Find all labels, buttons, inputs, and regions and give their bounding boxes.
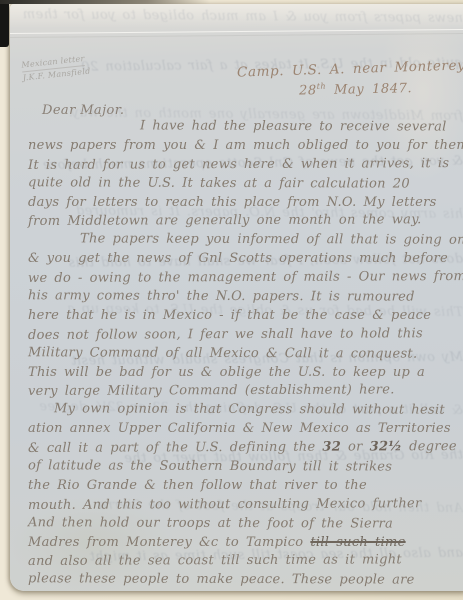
date-day: 28 <box>299 83 317 98</box>
handwritten-text: ation annex Upper California & New Mexic… <box>28 421 451 436</box>
letter-heading-place: Camp. U.S. A. near Monterey <box>237 57 463 80</box>
letter-body: I have had the pleasure to receive sever… <box>28 118 463 590</box>
handwritten-text: My own opinion is that Congress should w… <box>54 402 445 418</box>
handwritten-text: mouth. And this too without consulting M… <box>28 496 422 513</box>
letter-salutation: Dear Major. <box>42 103 124 118</box>
handwritten-text: news papers from you & I am much obliged… <box>28 138 463 153</box>
letter-line: very large Military Command (establishme… <box>28 382 463 403</box>
letter-line: mouth. And this too without consulting M… <box>28 495 463 516</box>
handwritten-text: please these people to make peace. These… <box>28 572 415 588</box>
handwritten-text: Madres from Monterey &c to Tampico <box>28 535 310 550</box>
handwritten-text: of latitude as the Southern Boundary til… <box>28 458 392 474</box>
handwritten-text: here that he is in Mexico - if that be t… <box>28 308 431 323</box>
letter-line: please these people to make peace. These… <box>28 571 463 591</box>
letter-line: we do - owing to the management of mails… <box>28 268 463 289</box>
handwritten-text: very large Military Command (establishme… <box>28 383 395 400</box>
handwritten-text: degree <box>402 439 457 454</box>
handwritten-text: his army comes thro' the N.O. papers. It… <box>28 288 415 304</box>
letter-line: here that he is in Mexico - if that be t… <box>28 307 463 326</box>
letter-line: of latitude as the Southern Boundary til… <box>28 457 463 477</box>
letter-line: & you get the news of Gnl Scotts operati… <box>28 250 463 269</box>
handwritten-text: This will be bad for us & oblige the U.S… <box>28 365 425 380</box>
letter-line: It is hard for us to get news here & whe… <box>28 155 463 176</box>
handwritten-text: and also all the sea coast till such tim… <box>28 553 402 570</box>
scanned-letter-page: news papers from you & I am much obliged… <box>0 0 463 600</box>
letter-line: the Rio Grande & then follow that river … <box>28 477 463 496</box>
handwritten-text: Military Command of all Mexico & Call it… <box>28 345 417 361</box>
letter-line: This will be bad for us & oblige the U.S… <box>28 364 463 383</box>
letter-line: days for letters to reach this place fro… <box>28 194 463 213</box>
letter-heading-date: 28th May 1847. <box>299 80 413 99</box>
letter-line: Military Command of all Mexico & Call it… <box>28 344 463 364</box>
handwritten-text: from Middletown are generally one month … <box>28 213 422 230</box>
letter-line: Madres from Monterey &c to Tampico till … <box>28 534 463 553</box>
handwritten-text: does not follow soon, I fear we shall ha… <box>28 326 423 343</box>
letter-line: quite old in the U.S. It takes at a fair… <box>28 174 463 194</box>
handwritten-text: & call it a part of the U.S. defining th… <box>28 440 322 456</box>
paper-top-highlight <box>10 4 463 28</box>
letter-line: news papers from you & I am much obliged… <box>28 137 463 156</box>
handwritten-text: 32½ <box>370 439 403 454</box>
pencil-annotation: Mexican letter J.K.F. Mansfield <box>21 53 91 84</box>
struck-out-text: till such time <box>310 535 405 550</box>
paper-fold-crease <box>10 29 463 38</box>
letter-line: & call it a part of the U.S. defining th… <box>28 438 463 459</box>
date-rest: May 1847. <box>326 81 412 98</box>
letter-line: and also all the sea coast till such tim… <box>28 552 463 573</box>
letter-line: My own opinion is that Congress should w… <box>54 401 463 421</box>
letter-line: ation annex Upper California & New Mexic… <box>28 420 463 439</box>
letter-sheet: news papers from you & I am much obliged… <box>10 4 463 591</box>
handwritten-text: we do - owing to the management of mails… <box>28 269 463 286</box>
letter-line: And then hold our troops at the foot of … <box>28 514 463 534</box>
handwritten-text: I have had the pleasure to receive sever… <box>140 118 447 134</box>
handwritten-text: quite old in the U.S. It takes at a fair… <box>28 175 410 191</box>
handwritten-text: & you get the news of Gnl Scotts operati… <box>28 251 448 266</box>
handwritten-text: The papers keep you informed of all that… <box>80 232 463 248</box>
letter-line: does not follow soon, I fear we shall ha… <box>28 325 463 346</box>
letter-line: from Middletown are generally one month … <box>28 211 463 232</box>
handwritten-text: the Rio Grande & then follow that river … <box>28 478 367 493</box>
handwritten-text: It is hard for us to get news here & whe… <box>28 156 449 173</box>
handwritten-text: 32 <box>322 440 341 455</box>
letter-line: I have had the pleasure to receive sever… <box>140 117 463 137</box>
letter-line: his army comes thro' the N.O. papers. It… <box>28 287 463 307</box>
handwritten-text: days for letters to reach this place fro… <box>28 195 437 210</box>
scanner-edge-top <box>0 0 210 4</box>
handwritten-text: And then hold our troops at the foot of … <box>28 515 393 531</box>
scanner-edge-corner <box>0 0 9 47</box>
letter-line: The papers keep you informed of all that… <box>80 231 463 251</box>
handwritten-text: or <box>341 440 370 455</box>
